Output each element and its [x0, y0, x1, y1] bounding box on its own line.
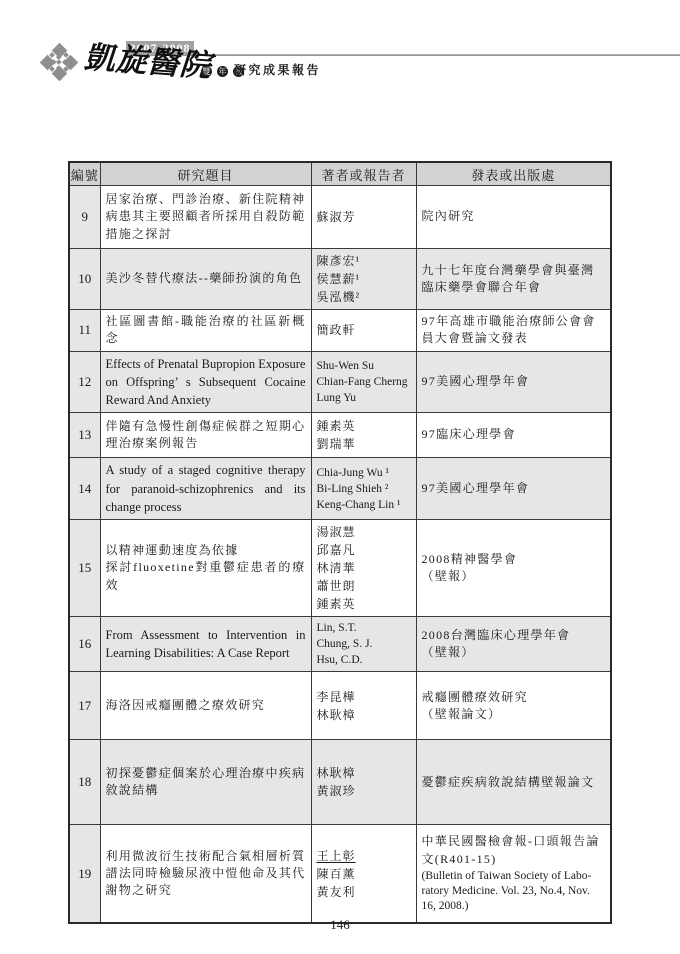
- title-cell: From Assessment to Intervention in Learn…: [100, 617, 311, 672]
- publication-cell: 憂鬱症疾病敘說結構壁報論文: [416, 740, 611, 825]
- publication-cell: 97臨床心理學會: [416, 413, 611, 458]
- author-line: 湯淑慧: [317, 523, 411, 541]
- publication-line: （壁報論文）: [422, 706, 606, 723]
- table-row: 17海洛因戒癮團體之療效研究李昆樺林耿樟戒癮團體療效研究（壁報論文）: [69, 672, 611, 740]
- publication-line: 2008精神醫學會: [422, 551, 606, 568]
- row-number-cell: 14: [69, 458, 100, 520]
- publication-cell: 九十七年度台灣藥學會與臺灣臨床藥學會聯合年會: [416, 249, 611, 310]
- author-line: 鍾素英: [317, 417, 411, 435]
- title-cell: A study of a staged cognitive therapy fo…: [100, 458, 311, 520]
- authors-cell: Lin, S.T.Chung, S. J.Hsu, C.D.: [311, 617, 416, 672]
- authors-cell: Chia-Jung Wu ¹Bi-Ling Shieh ²Keng-Chang …: [311, 458, 416, 520]
- row-number-cell: 10: [69, 249, 100, 310]
- authors-cell: 湯淑慧邱嘉凡林清華蕭世朗鍾素英: [311, 520, 416, 617]
- page-number: 146: [0, 917, 680, 933]
- hospital-logo-icon: [43, 46, 75, 78]
- publication-cell: 戒癮團體療效研究（壁報論文）: [416, 672, 611, 740]
- title-cell: 居家治療、門診治療、新住院精神病患其主要照顧者所採用自殺防範措施之探討: [100, 186, 311, 249]
- table-row: 13伴隨有急慢性創傷症候群之短期心理治療案例報告鍾素英劉瑞華97臨床心理學會: [69, 413, 611, 458]
- author-line: 陳彥宏¹: [317, 252, 411, 270]
- publication-cell: 97年高雄市職能治療師公會會員大會暨論文發表: [416, 310, 611, 352]
- publication-line: （壁報）: [422, 568, 606, 585]
- publication-line: 97臨床心理學會: [422, 426, 606, 443]
- column-header: 研究題目: [100, 162, 311, 186]
- author-line: 蘇淑芳: [317, 208, 411, 226]
- publication-cell: 97美國心理學年會: [416, 351, 611, 412]
- table-row: 16From Assessment to Intervention in Lea…: [69, 617, 611, 672]
- publication-line: 憂鬱症疾病敘說結構壁報論文: [422, 774, 606, 791]
- publication-cell: 97美國心理學年會: [416, 458, 611, 520]
- authors-cell: 蘇淑芳: [311, 186, 416, 249]
- author-line: 王上彰: [317, 847, 411, 865]
- publication-line: 戒癮團體療效研究: [422, 689, 606, 706]
- title-cell: 海洛因戒癮團體之療效研究: [100, 672, 311, 740]
- row-number-cell: 18: [69, 740, 100, 825]
- table-row: 18初探憂鬱症個案於心理治療中疾病敘說結構林耿樟黃淑珍憂鬱症疾病敘說結構壁報論文: [69, 740, 611, 825]
- research-table: 編號研究題目著者或報告者發表或出版處 9居家治療、門診治療、新住院精神病患其主要…: [68, 161, 612, 924]
- publication-line: 97美國心理學年會: [422, 373, 606, 390]
- author-line: 劉瑞華: [317, 435, 411, 453]
- table-row: 14A study of a staged cognitive therapy …: [69, 458, 611, 520]
- author-line: Lin, S.T.: [317, 620, 411, 636]
- authors-cell: 鍾素英劉瑞華: [311, 413, 416, 458]
- publication-cell: 2008精神醫學會（壁報）: [416, 520, 611, 617]
- row-number-cell: 16: [69, 617, 100, 672]
- authors-cell: 簡政軒: [311, 310, 416, 352]
- row-number-cell: 15: [69, 520, 100, 617]
- hospital-name: 凱旋醫院: [83, 32, 214, 86]
- author-line: 黃友利: [317, 883, 411, 901]
- table-row: 10美沙冬替代療法--藥師扮演的角色陳彥宏¹侯慧薪¹吳泓機²九十七年度台灣藥學會…: [69, 249, 611, 310]
- row-number-cell: 9: [69, 186, 100, 249]
- report-header: 2007-2008 凱旋醫院 雙 年 報 研究成果報告: [0, 0, 680, 120]
- title-cell: 以精神運動速度為依據 探討fluoxetine對重鬱症患者的療效: [100, 520, 311, 617]
- row-number-cell: 19: [69, 825, 100, 923]
- author-line: 林耿樟: [317, 764, 411, 782]
- authors-cell: 李昆樺林耿樟: [311, 672, 416, 740]
- authors-cell: Shu-Wen SuChian-Fang CherngLung Yu: [311, 351, 416, 412]
- author-line: Hsu, C.D.: [317, 652, 411, 668]
- column-header: 著者或報告者: [311, 162, 416, 186]
- author-line: 林耿樟: [317, 706, 411, 724]
- title-cell: 社區圖書館-職能治療的社區新概念: [100, 310, 311, 352]
- row-number-cell: 12: [69, 351, 100, 412]
- table-row: 15以精神運動速度為依據 探討fluoxetine對重鬱症患者的療效湯淑慧邱嘉凡…: [69, 520, 611, 617]
- publication-line: 九十七年度台灣藥學會與臺灣臨床藥學會聯合年會: [422, 262, 606, 297]
- row-number-cell: 13: [69, 413, 100, 458]
- publication-line: 97年高雄市職能治療師公會會員大會暨論文發表: [422, 313, 606, 348]
- author-line: Lung Yu: [317, 390, 411, 406]
- author-line: 黃淑珍: [317, 782, 411, 800]
- publication-line: （壁報）: [422, 644, 606, 661]
- author-line: 鍾素英: [317, 595, 411, 613]
- publication-line: 97美國心理學年會: [422, 480, 606, 497]
- author-line: Chian-Fang Cherng: [317, 374, 411, 390]
- author-line: 林清華: [317, 559, 411, 577]
- title-cell: 伴隨有急慢性創傷症候群之短期心理治療案例報告: [100, 413, 311, 458]
- publication-line: 院內研究: [422, 208, 606, 225]
- author-line: 侯慧薪¹: [317, 270, 411, 288]
- author-line: Keng-Chang Lin ¹: [317, 497, 411, 513]
- publication-line: (Bulletin of Taiwan Society of Labo-rato…: [422, 869, 606, 914]
- table-row: 11社區圖書館-職能治療的社區新概念簡政軒97年高雄市職能治療師公會會員大會暨論…: [69, 310, 611, 352]
- page: 2007-2008 凱旋醫院 雙 年 報 研究成果報告 編號研究題目著者或報告者…: [0, 0, 680, 954]
- row-number-cell: 11: [69, 310, 100, 352]
- author-line: 簡政軒: [317, 321, 411, 339]
- table-body: 9居家治療、門診治療、新住院精神病患其主要照顧者所採用自殺防範措施之探討蘇淑芳院…: [69, 186, 611, 923]
- row-number-cell: 17: [69, 672, 100, 740]
- publication-cell: 2008台灣臨床心理學年會（壁報）: [416, 617, 611, 672]
- authors-cell: 陳彥宏¹侯慧薪¹吳泓機²: [311, 249, 416, 310]
- table-header-row: 編號研究題目著者或報告者發表或出版處: [69, 162, 611, 186]
- author-line: 蕭世朗: [317, 577, 411, 595]
- badge-circle: 年: [217, 66, 228, 77]
- author-line: 邱嘉凡: [317, 541, 411, 559]
- title-cell: 初探憂鬱症個案於心理治療中疾病敘說結構: [100, 740, 311, 825]
- table-row: 19利用微波衍生技術配合氣相層析質譜法同時檢驗尿液中愷他命及其代謝物之研究王上彰…: [69, 825, 611, 923]
- column-header: 編號: [69, 162, 100, 186]
- title-cell: 利用微波衍生技術配合氣相層析質譜法同時檢驗尿液中愷他命及其代謝物之研究: [100, 825, 311, 923]
- publication-line: 2008台灣臨床心理學年會: [422, 627, 606, 644]
- badge-circle: 雙: [201, 66, 212, 77]
- author-line: Chung, S. J.: [317, 636, 411, 652]
- author-line: Bi-Ling Shieh ²: [317, 481, 411, 497]
- table-row: 12Effects of Prenatal Bupropion Exposure…: [69, 351, 611, 412]
- publication-cell: 院內研究: [416, 186, 611, 249]
- publication-cell: 中華民國醫檢會報-口頭報告論文(R401-15)(Bulletin of Tai…: [416, 825, 611, 923]
- author-line: 李昆樺: [317, 688, 411, 706]
- title-cell: 美沙冬替代療法--藥師扮演的角色: [100, 249, 311, 310]
- column-header: 發表或出版處: [416, 162, 611, 186]
- report-subtitle: 研究成果報告: [234, 61, 321, 78]
- title-cell: Effects of Prenatal Bupropion Exposure o…: [100, 351, 311, 412]
- publication-line: 中華民國醫檢會報-口頭報告論文(R401-15): [422, 833, 606, 868]
- author-line: Shu-Wen Su: [317, 358, 411, 374]
- author-line: 吳泓機²: [317, 288, 411, 306]
- table-row: 9居家治療、門診治療、新住院精神病患其主要照顧者所採用自殺防範措施之探討蘇淑芳院…: [69, 186, 611, 249]
- authors-cell: 王上彰陳百薰黃友利: [311, 825, 416, 923]
- author-line: Chia-Jung Wu ¹: [317, 465, 411, 481]
- authors-cell: 林耿樟黃淑珍: [311, 740, 416, 825]
- author-line: 陳百薰: [317, 865, 411, 883]
